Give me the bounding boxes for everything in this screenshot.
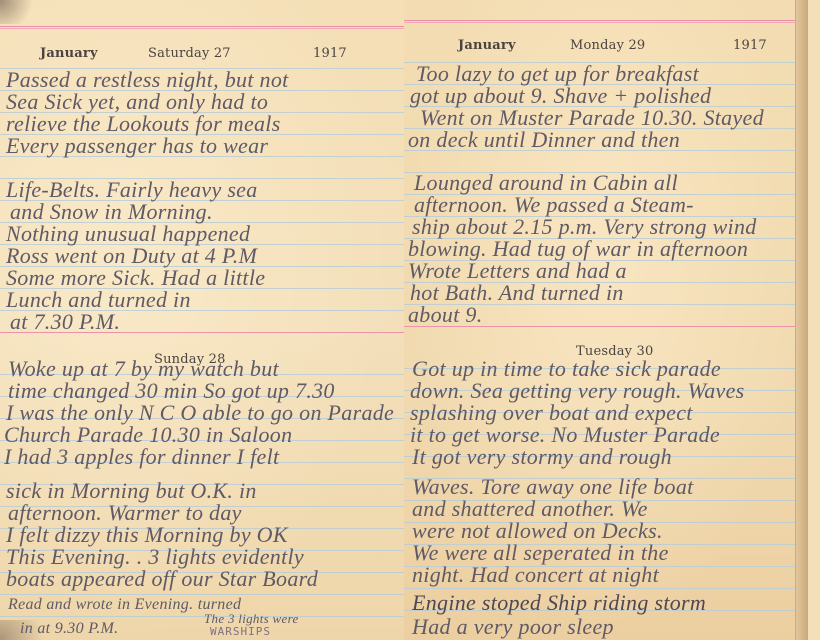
book-page-edge bbox=[795, 0, 808, 640]
handwritten-line: Nothing unusual happened bbox=[6, 223, 250, 245]
handwritten-line: down. Sea getting very rough. Waves bbox=[410, 380, 745, 402]
handwritten-line: Some more Sick. Had a little bbox=[6, 267, 265, 289]
handwritten-line: time changed 30 min So got up 7.30 bbox=[8, 380, 335, 402]
handwritten-line: night. Had concert at night bbox=[412, 564, 659, 586]
left-page: January Saturday 27 1917 Passed a restle… bbox=[0, 0, 405, 640]
entry-year: 1917 bbox=[313, 46, 347, 61]
handwritten-line: Every passenger has to wear bbox=[6, 135, 268, 157]
handwritten-line: I felt dizzy this Morning by OK bbox=[6, 524, 288, 546]
handwritten-line: Waves. Tore away one life boat bbox=[412, 476, 694, 498]
handwritten-line: splashing over boat and expect bbox=[410, 402, 693, 424]
blue-rule bbox=[0, 616, 404, 617]
handwritten-line: Lounged around in Cabin all bbox=[414, 172, 678, 194]
handwritten-line: This Evening. . 3 lights evidently bbox=[6, 546, 304, 568]
blue-rule bbox=[404, 588, 808, 589]
right-page: January Monday 29 1917 Too lazy to get u… bbox=[404, 0, 808, 640]
handwritten-line: Ross went on Duty at 4 P.M bbox=[6, 245, 257, 267]
handwritten-line: Church Parade 10.30 in Saloon bbox=[4, 424, 292, 446]
handwritten-line: I was the only N C O able to go on Parad… bbox=[6, 402, 394, 424]
handwritten-line: sick in Morning but O.K. in bbox=[6, 480, 257, 502]
handwritten-line: about 9. bbox=[408, 304, 483, 326]
handwritten-line: and Snow in Morning. bbox=[10, 201, 213, 223]
handwritten-line: Engine stoped Ship riding storm bbox=[412, 592, 706, 614]
diary-scan: January Saturday 27 1917 Passed a restle… bbox=[0, 0, 820, 640]
handwritten-line: Passed a restless night, but not bbox=[6, 69, 289, 91]
handwritten-line: afternoon. We passed a Steam- bbox=[414, 194, 694, 216]
handwritten-line: Lunch and turned in bbox=[6, 289, 191, 311]
handwritten-line: Woke up at 7 by my watch but bbox=[8, 358, 279, 380]
handwritten-line: got up about 9. Shave + polished bbox=[410, 85, 711, 107]
handwritten-line: ship about 2.15 p.m. Very strong wind bbox=[412, 216, 757, 238]
handwritten-line: were not allowed on Decks. bbox=[412, 520, 663, 542]
pink-rule bbox=[404, 20, 808, 21]
handwritten-line: relieve the Lookouts for meals bbox=[6, 113, 281, 135]
handwritten-line: I had 3 apples for dinner I felt bbox=[4, 446, 279, 468]
handwritten-line: It got very stormy and rough bbox=[412, 446, 672, 468]
handwritten-line: Went on Muster Parade 10.30. Stayed bbox=[420, 107, 764, 129]
handwritten-line: and shattered another. We bbox=[412, 498, 648, 520]
handwritten-line: at 7.30 P.M. bbox=[10, 311, 120, 333]
handwritten-line: on deck until Dinner and then bbox=[408, 129, 680, 151]
handwritten-line: hot Bath. And turned in bbox=[410, 282, 624, 304]
handwritten-line: Life-Belts. Fairly heavy sea bbox=[6, 179, 258, 201]
entry-day: Saturday 27 bbox=[148, 46, 231, 61]
handwritten-line: Wrote Letters and had a bbox=[408, 260, 627, 282]
handwritten-line: boats appeared off our Star Board bbox=[6, 568, 318, 590]
handwritten-line: Got up in time to take sick parade bbox=[412, 358, 721, 380]
entry-month: January bbox=[458, 38, 516, 53]
handwritten-line: Sea Sick yet, and only had to bbox=[6, 91, 268, 113]
handwritten-line: Too lazy to get up for breakfast bbox=[416, 63, 699, 85]
faded-stamp-text: WARSHIPS bbox=[210, 625, 271, 638]
handwritten-line: in at 9.30 P.M. bbox=[20, 618, 118, 640]
pink-rule bbox=[0, 26, 404, 27]
handwritten-line: We were all seperated in the bbox=[412, 542, 669, 564]
page-corner-shadow bbox=[0, 0, 40, 24]
entry-year: 1917 bbox=[733, 38, 767, 53]
handwritten-line: blowing. Had tug of war in afternoon bbox=[408, 238, 748, 260]
entry-day: Monday 29 bbox=[570, 38, 645, 53]
handwritten-line: it to get worse. No Muster Parade bbox=[410, 424, 720, 446]
handwritten-line: afternoon. Warmer to day bbox=[8, 502, 242, 524]
handwritten-line: Had a very poor sleep bbox=[412, 616, 614, 638]
entry-month: January bbox=[40, 46, 98, 61]
